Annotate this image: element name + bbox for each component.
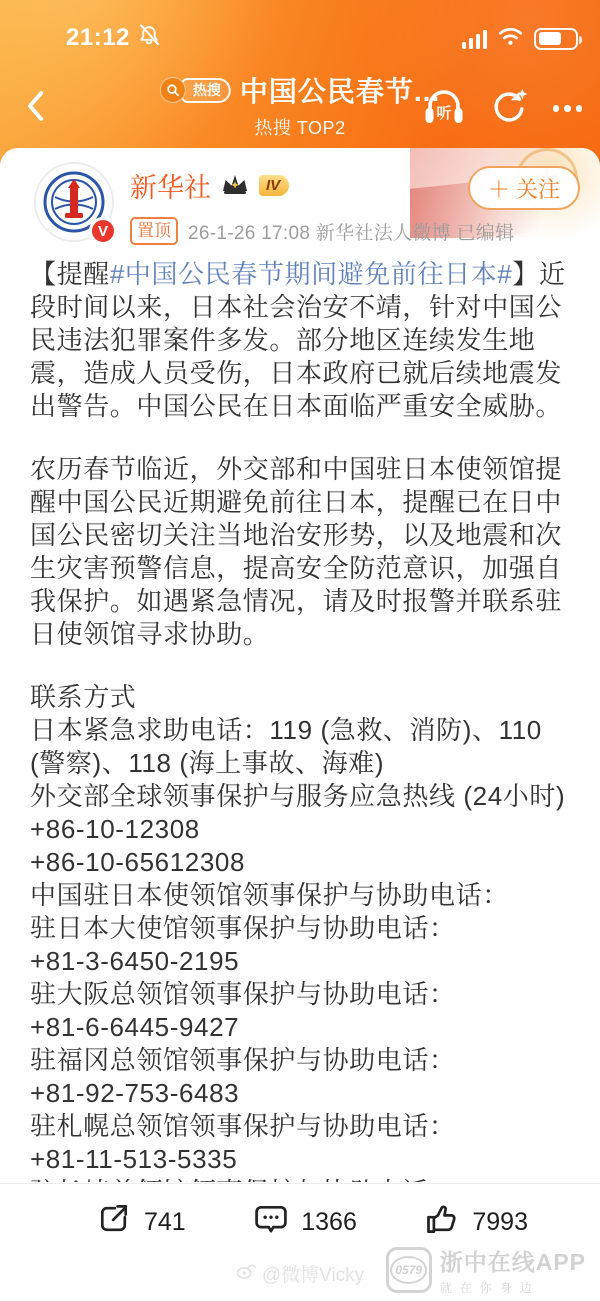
refresh-icon[interactable] <box>487 85 529 132</box>
comment-icon <box>253 1201 289 1244</box>
more-options-icon[interactable] <box>549 105 587 112</box>
author-name[interactable]: 新华社 <box>130 166 211 205</box>
contact-line: +81-11-513-5335 <box>30 1143 574 1176</box>
contact-line: 日本紧急求助电话：119 (急救、消防)、110 (警察)、118 (海上事故、… <box>30 714 574 780</box>
contact-line: 驻日本大使馆领事保护与协助电话： <box>30 912 574 945</box>
app-watermark-name: 浙中在线APP <box>440 1244 586 1277</box>
contact-list: 联系方式日本紧急求助电话：119 (急救、消防)、110 (警察)、118 (海… <box>30 681 574 1182</box>
listen-icon[interactable]: 听 <box>421 84 467 133</box>
contact-line: 驻长崎总领馆领事保护与协助电话： <box>30 1176 574 1182</box>
post-header: V 新华社 IV 置顶 26-1-26 17:08 <box>0 148 600 252</box>
like-count: 7993 <box>472 1208 528 1237</box>
contact-line: +81-92-753-6483 <box>30 1077 574 1110</box>
thumbs-up-icon <box>424 1201 460 1244</box>
contact-line: 驻札幌总领馆领事保护与协助电话： <box>30 1110 574 1143</box>
contact-line: +81-3-6450-2195 <box>30 945 574 978</box>
p1-prefix: 【提醒 <box>30 259 110 289</box>
post-card: ★ V <box>0 148 600 1301</box>
battery-icon <box>534 28 578 50</box>
share-icon <box>96 1201 132 1244</box>
clock: 21:12 <box>66 24 130 52</box>
weibo-post-screen: 21:12 <box>0 0 600 1301</box>
hot-search-badge[interactable]: 热搜 <box>160 77 231 103</box>
contact-line: 驻大阪总领馆领事保护与协助电话： <box>30 978 574 1011</box>
svg-text:听: 听 <box>436 104 451 122</box>
bottom-toolbar: 741 1366 <box>0 1183 600 1301</box>
share-button[interactable]: 741 <box>96 1201 186 1244</box>
status-bar: 21:12 <box>0 22 600 56</box>
contact-line: +81-6-6445-9427 <box>30 1011 574 1044</box>
nav-title-block: 热搜 中国公民春节... 热搜 TOP2 <box>160 70 440 140</box>
share-count: 741 <box>144 1208 186 1237</box>
contact-line: 中国驻日本使领馆领事保护与协助电话： <box>30 879 574 912</box>
hot-rank-subtitle: 热搜 TOP2 <box>160 114 440 140</box>
page-title: 中国公民春节... <box>240 70 440 110</box>
verified-badge: V <box>89 217 117 245</box>
follow-button[interactable]: ＋ 关注 <box>468 166 580 210</box>
crown-icon <box>220 171 250 201</box>
comment-button[interactable]: 1366 <box>253 1201 357 1244</box>
wifi-icon <box>497 25 524 52</box>
paragraph-alert: 【提醒#中国公民春节期间避免前往日本#】近段时间以来，日本社会治安不靖，针对中国… <box>30 258 574 423</box>
contact-line: +86-10-12308 <box>30 813 574 846</box>
user-watermark-text: @微博Vicky <box>262 1260 364 1287</box>
hot-badge-label: 热搜 <box>181 78 231 103</box>
post-body: 【提醒#中国公民春节期间避免前往日本#】近段时间以来，日本社会治安不靖，针对中国… <box>0 252 600 1182</box>
search-icon <box>160 77 186 103</box>
paragraph-advice: 农历春节临近，外交部和中国驻日本使领馆提醒中国公民近期避免前往日本，提醒已在日中… <box>30 453 574 651</box>
contact-line: 外交部全球领事保护与服务应急热线 (24小时) <box>30 780 574 813</box>
app-watermark-slogan: 就在你身边 <box>440 1279 586 1296</box>
user-watermark: @微博Vicky <box>236 1260 364 1287</box>
contact-line: 联系方式 <box>30 681 574 714</box>
weibo-logo-icon <box>236 1262 256 1285</box>
nav-bar: 热搜 中国公民春节... 热搜 TOP2 听 <box>0 68 600 148</box>
hashtag-link[interactable]: #中国公民春节期间避免前往日本# <box>110 259 513 289</box>
contact-line: 驻福冈总领馆领事保护与协助电话： <box>30 1044 574 1077</box>
back-button[interactable] <box>16 84 56 128</box>
vip-level-badge: IV <box>259 175 289 196</box>
muted-bell-icon <box>137 22 161 53</box>
post-meta: 26-1-26 17:08 新华社法人微博 已编辑 <box>188 218 514 245</box>
like-button[interactable]: 7993 <box>424 1201 528 1244</box>
pinned-badge: 置顶 <box>130 217 178 245</box>
contact-line: +86-10-65612308 <box>30 846 574 879</box>
avatar[interactable]: V <box>34 162 114 242</box>
app-logo-icon: 0579 <box>386 1247 432 1293</box>
app-watermark: 0579 浙中在线APP 就在你身边 <box>386 1244 586 1296</box>
comment-count: 1366 <box>301 1208 357 1237</box>
signal-icon <box>462 29 488 49</box>
